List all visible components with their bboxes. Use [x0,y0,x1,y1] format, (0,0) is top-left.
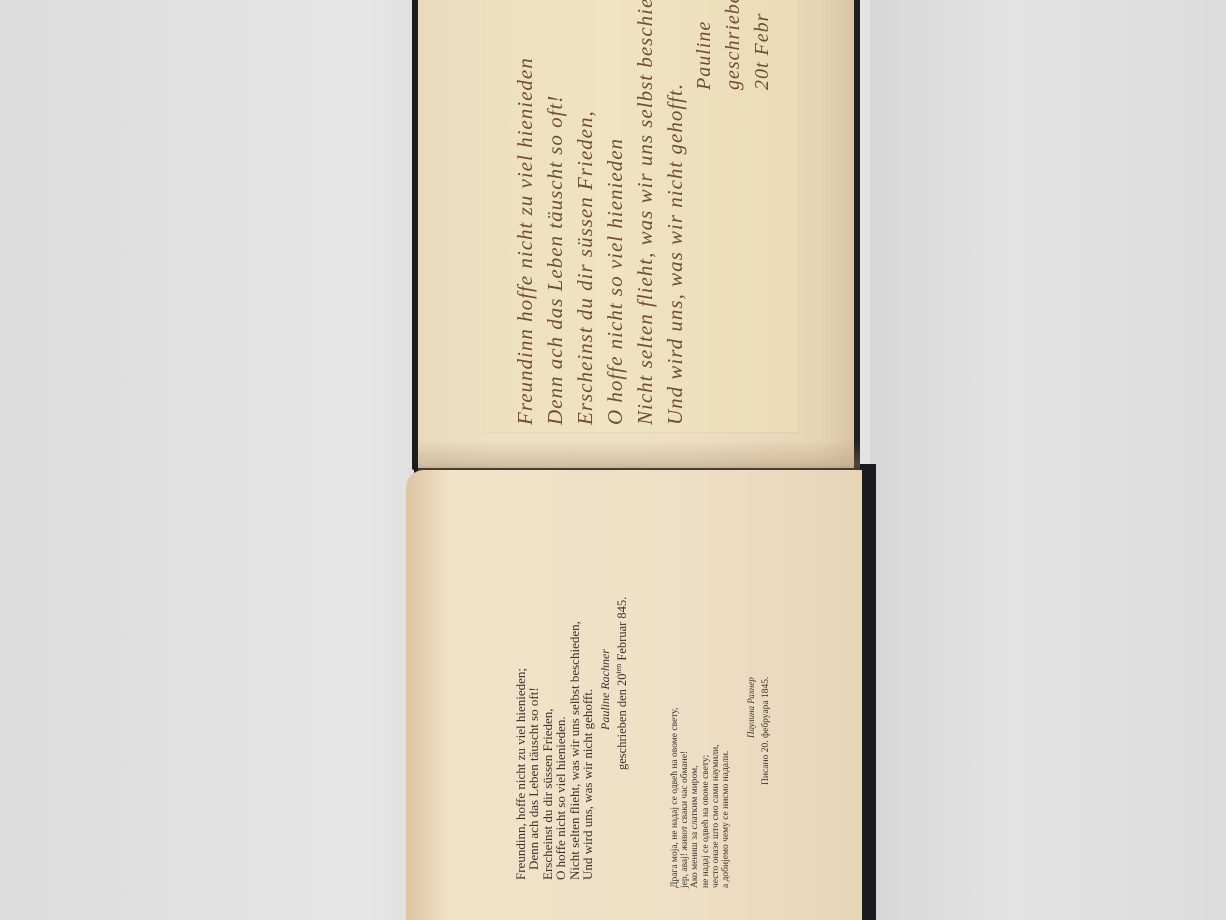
german-date-prefix: geschrieben den 20 [615,674,629,771]
poem-line: јер, авај! живот сваки час обмане! [680,708,690,888]
handwriting-line: O hoffe nicht so viel hienieden [600,0,630,425]
serbian-signature: Паулина Рахнер [746,677,756,738]
handwriting-line: Freundinn hoffe nicht zu viel hienieden [510,0,540,425]
poem-line: често оназе што смо сами наумили, [711,708,721,888]
poem-line: Und wird uns, was wir nicht gehofft. [581,621,594,880]
poem-line: Erscheinst du dir süssen Frieden, [541,621,554,880]
handwriting-signature: Pauline geschrieben 20t Febr [690,0,777,90]
poem-line: не надај се одвећ на овоме свету; [701,708,711,888]
handwriting-block: Freundinn hoffe nicht zu viel hienieden … [510,0,690,425]
german-date-suffix: Februar 845. [615,597,629,664]
page-curl-shadow [406,470,446,920]
handwriting-signature-line: geschrieben [719,0,748,90]
poem-line: Denn ach das Leben täuscht so oft! [527,621,540,880]
german-date: geschrieben den 20ten Februar 845. [614,597,630,770]
printed-page [406,470,862,920]
table-surface-right [870,0,1226,920]
handwriting-line: Denn ach das Leben täuscht so oft! [540,0,570,425]
serbian-poem: Драга моја, не надај се одвећ на овоме с… [670,708,731,888]
poem-line: O hoffe nicht so viel hienieden. [554,621,567,880]
poem-line: Nicht selten flieht, was wir uns selbst … [568,621,581,880]
handwriting-line: Erscheinst du dir süssen Frieden, [570,0,600,425]
handwriting-signature-line: 20t Febr [748,0,777,90]
german-date-sup: ten [614,664,623,674]
handwriting-line: Nicht selten flieht, was wir uns selbst … [630,0,660,425]
poem-line: Freundinn, hoffe nicht zu viel hienieden… [514,621,527,880]
poem-line: Драга моја, не надај се одвећ на овоме с… [670,708,680,888]
poem-line: а добијемо чему се нисмо надали. [721,708,731,888]
handwriting-line: Und wird uns, was wir nicht gehofft. [660,0,690,425]
serbian-date: Писано 20. фебруара 1845. [761,677,771,785]
german-poem: Freundinn, hoffe nicht zu viel hienieden… [514,621,594,880]
poem-line: Ако мениш за слатким миром, [690,708,700,888]
german-signature: Pauline Rachner [598,649,613,730]
handwriting-signature-line: Pauline [690,0,719,90]
